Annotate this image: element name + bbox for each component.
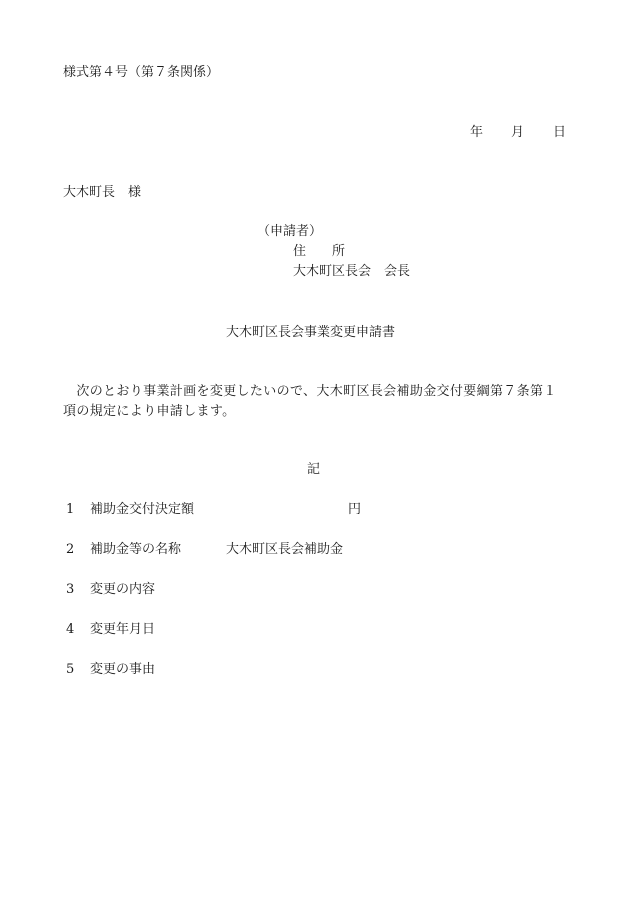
- ki-heading: 記: [307, 462, 320, 478]
- item-number: 1: [66, 502, 74, 518]
- applicant-label: （申請者）: [257, 224, 322, 240]
- item-number: 2: [66, 542, 74, 558]
- item-value: 円: [348, 502, 361, 518]
- item-label: 変更の事由: [90, 662, 155, 678]
- item-label: 補助金等の名称: [90, 542, 181, 558]
- item-label: 補助金交付決定額: [90, 502, 194, 518]
- form-number: 様式第４号（第７条関係）: [63, 65, 219, 81]
- document-title: 大木町区長会事業変更申請書: [226, 325, 395, 341]
- item-number: 3: [66, 582, 74, 598]
- item-number: 5: [66, 662, 74, 678]
- applicant-address-label: 住 所: [293, 244, 345, 260]
- date-day: 日: [553, 125, 566, 141]
- applicant-name: 大木町区長会 会長: [293, 264, 410, 280]
- item-value: 大木町区長会補助金: [226, 542, 343, 558]
- item-label: 変更年月日: [90, 622, 155, 638]
- item-number: 4: [66, 622, 74, 638]
- date-year: 年: [470, 125, 483, 141]
- addressee: 大木町長 様: [63, 185, 141, 201]
- item-label: 変更の内容: [90, 582, 155, 598]
- body-line-2: 項の規定により申請します。: [63, 404, 236, 420]
- body-line-1: 次のとおり事業計画を変更したいので、大木町区長会補助金交付要綱第７条第１: [63, 384, 557, 400]
- date-month: 月: [511, 125, 524, 141]
